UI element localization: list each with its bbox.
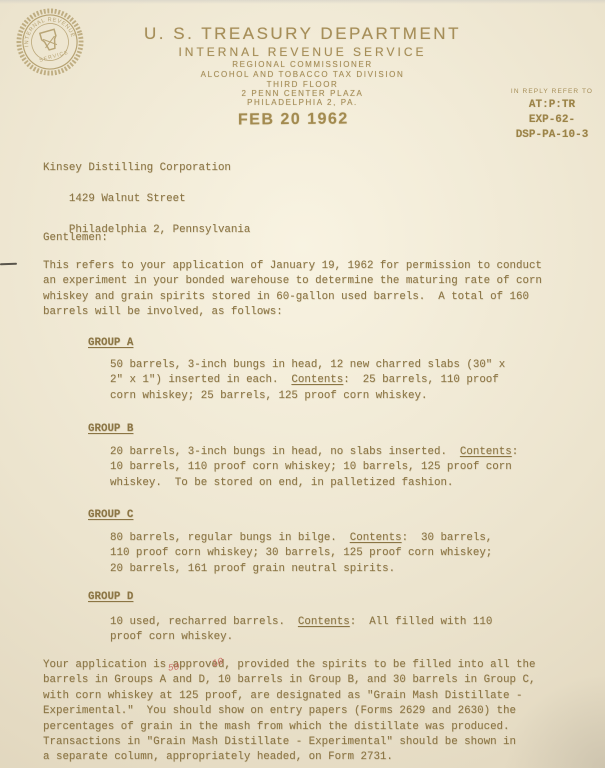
recipient-address: Kinsey Distilling Corporation 1429 Walnu… [43, 161, 250, 238]
contents-label: Contents [350, 532, 402, 544]
letterhead-department: U. S. TREASURY DEPARTMENT [0, 24, 605, 44]
group-body-text: 20 barrels, 3-inch bungs in head, no sla… [110, 446, 460, 458]
group-body: 80 barrels, regular bungs in bilge. Cont… [110, 531, 555, 577]
group-body: 50 barrels, 3-inch bungs in head, 12 new… [110, 358, 555, 404]
group-body: 20 barrels, 3-inch bungs in head, no sla… [110, 445, 555, 491]
group-body-text: 80 barrels, regular bungs in bilge. [110, 532, 350, 544]
group-heading: GROUP A [88, 336, 133, 351]
reply-reference: EXP-62- [529, 114, 575, 126]
letterhead-service: INTERNAL REVENUE SERVICE [0, 45, 605, 59]
reply-refer-label: IN REPLY REFER TO [497, 88, 605, 95]
contents-label: Contents [291, 374, 343, 386]
scanned-letter-page: INTERNAL REVENUE SERVICE U. S. TREASURY … [0, 0, 605, 768]
contents-label: Contents [460, 446, 512, 458]
group-body: 10 used, recharred barrels. Contents: Al… [110, 615, 555, 646]
group-heading: GROUP B [88, 422, 133, 437]
date-stamp: FEB 20 1962 [238, 111, 349, 130]
recipient-name: Kinsey Distilling Corporation [43, 162, 231, 174]
closing-paragraph: Your application is approved, provided t… [43, 658, 563, 766]
reply-reference-block: AT:P:TR EXP-62- DSP-PA-10-3 [492, 98, 605, 143]
letterhead-office-line: ALCOHOL AND TOBACCO TAX DIVISION [0, 70, 605, 79]
recipient-street: 1429 Walnut Street [69, 193, 186, 205]
group-heading: GROUP D [88, 590, 133, 605]
reply-reference: AT:P:TR [529, 99, 575, 111]
group-body-text: 10 used, recharred barrels. [110, 616, 298, 628]
letterhead-office-line: REGIONAL COMMISSIONER [0, 60, 605, 69]
scan-edge [0, 0, 605, 4]
red-pencil-annotation: 50 [167, 661, 180, 673]
reply-reference: DSP-PA-10-3 [516, 129, 589, 141]
intro-paragraph: This refers to your application of Janua… [43, 259, 558, 321]
salutation: Gentlemen: [43, 231, 108, 246]
contents-label: Contents [298, 616, 350, 628]
margin-pencil-mark [0, 263, 17, 266]
group-heading: GROUP C [88, 508, 133, 523]
